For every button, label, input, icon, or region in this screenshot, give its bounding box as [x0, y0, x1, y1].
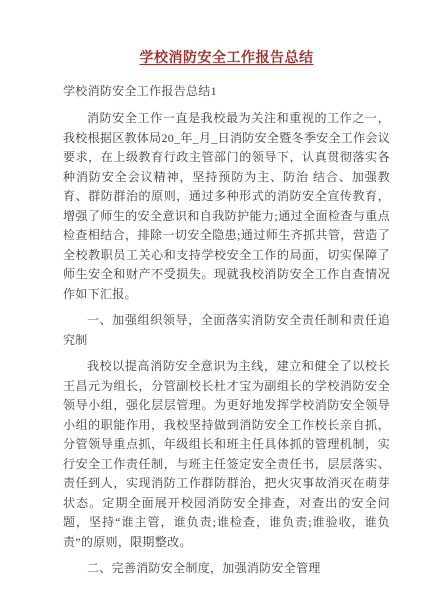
paragraph-intro: 消防安全工作一直是我校最为关注和重视的工作之一，我校根据区教体局20_年_月_日… — [63, 109, 390, 304]
section-heading-1: 一、加强组织领导，全面落实消防安全责任制和责任追究制 — [63, 311, 390, 350]
document-page: 学校消防安全工作报告总结 学校消防安全工作报告总结1 消防安全工作一直是我校最为… — [0, 0, 424, 600]
document-title[interactable]: 学校消防安全工作报告总结 — [63, 50, 390, 68]
document-subtitle: 学校消防安全工作报告总结1 — [63, 83, 390, 99]
paragraph-section-1-body: 我校以提高消防安全意识为主线，建立和健全了以校长王昌元为组长，分管副校长杜才宝为… — [63, 357, 390, 552]
section-heading-2: 二、完善消防安全制度，加强消防安全管理 — [63, 559, 390, 579]
